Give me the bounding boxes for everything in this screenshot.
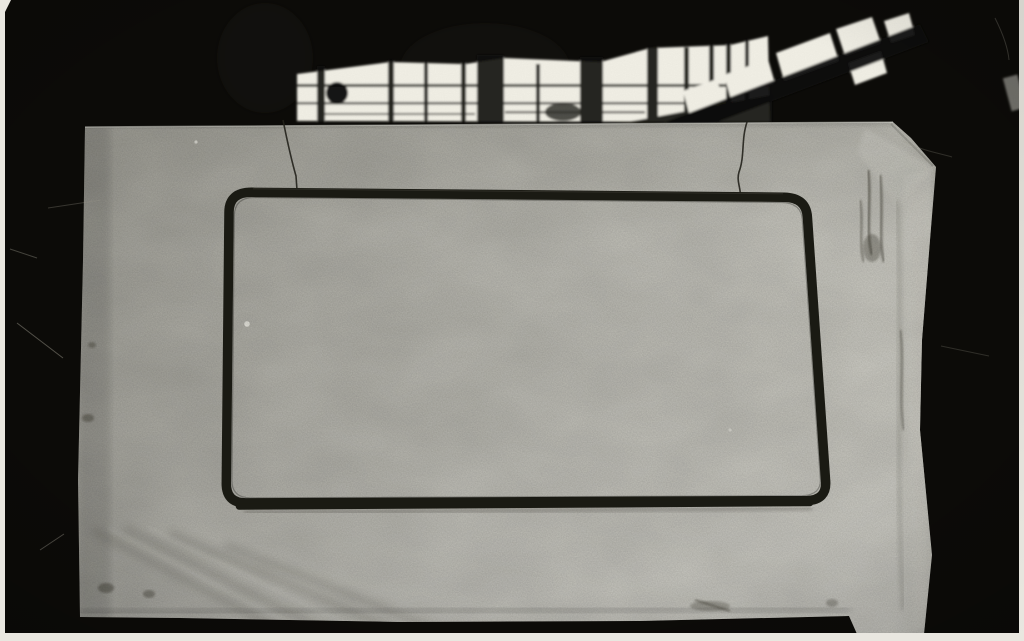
photo-border-right	[1019, 0, 1024, 641]
photo-border-bottom	[0, 633, 1024, 641]
photo-canvas	[0, 0, 1024, 641]
vignette	[0, 0, 1024, 641]
photograph	[0, 0, 1024, 641]
photo-border-left	[0, 0, 5, 641]
